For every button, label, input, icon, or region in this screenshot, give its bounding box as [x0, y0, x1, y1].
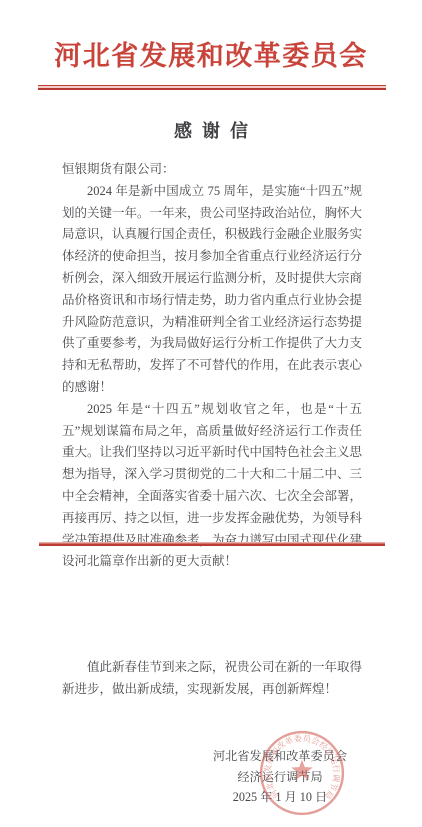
signature-org-line1: 河北省发展和改革委员会 [205, 746, 355, 767]
recipient-greeting: 恒银期货有限公司： [62, 159, 362, 181]
letter-page: 河北省发展和改革委员会 感谢信 恒银期货有限公司： 2024 年是新中国成立 7… [0, 0, 422, 827]
letter-title: 感谢信 [0, 119, 422, 143]
body-paragraph-2: 2025 年是“十四五”规划收官之年，也是“十五五”规划谋篇布局之年，高质量做好… [62, 399, 362, 573]
letterhead-divider [38, 85, 386, 90]
section-divider [39, 542, 385, 546]
signature-date: 2025 年 1 月 10 日 [205, 787, 355, 808]
signature-block: 河北省发展和改革委员会 经济运行调节局 2025 年 1 月 10 日 [205, 746, 355, 808]
signature-org-line2: 经济运行调节局 [205, 767, 355, 788]
body-paragraph-1: 2024 年是新中国成立 75 周年，是实施“十四五”规划的关键一年。一年来，贵… [62, 181, 362, 399]
closing-paragraph: 值此新春佳节到来之际，祝贵公司在新的一年取得新进步，做出新成绩，实现新发展，再创… [62, 657, 362, 701]
letterhead-org-name: 河北省发展和改革委员会 [0, 40, 422, 72]
letter-body: 恒银期货有限公司： 2024 年是新中国成立 75 周年，是实施“十四五”规划的… [62, 159, 362, 573]
